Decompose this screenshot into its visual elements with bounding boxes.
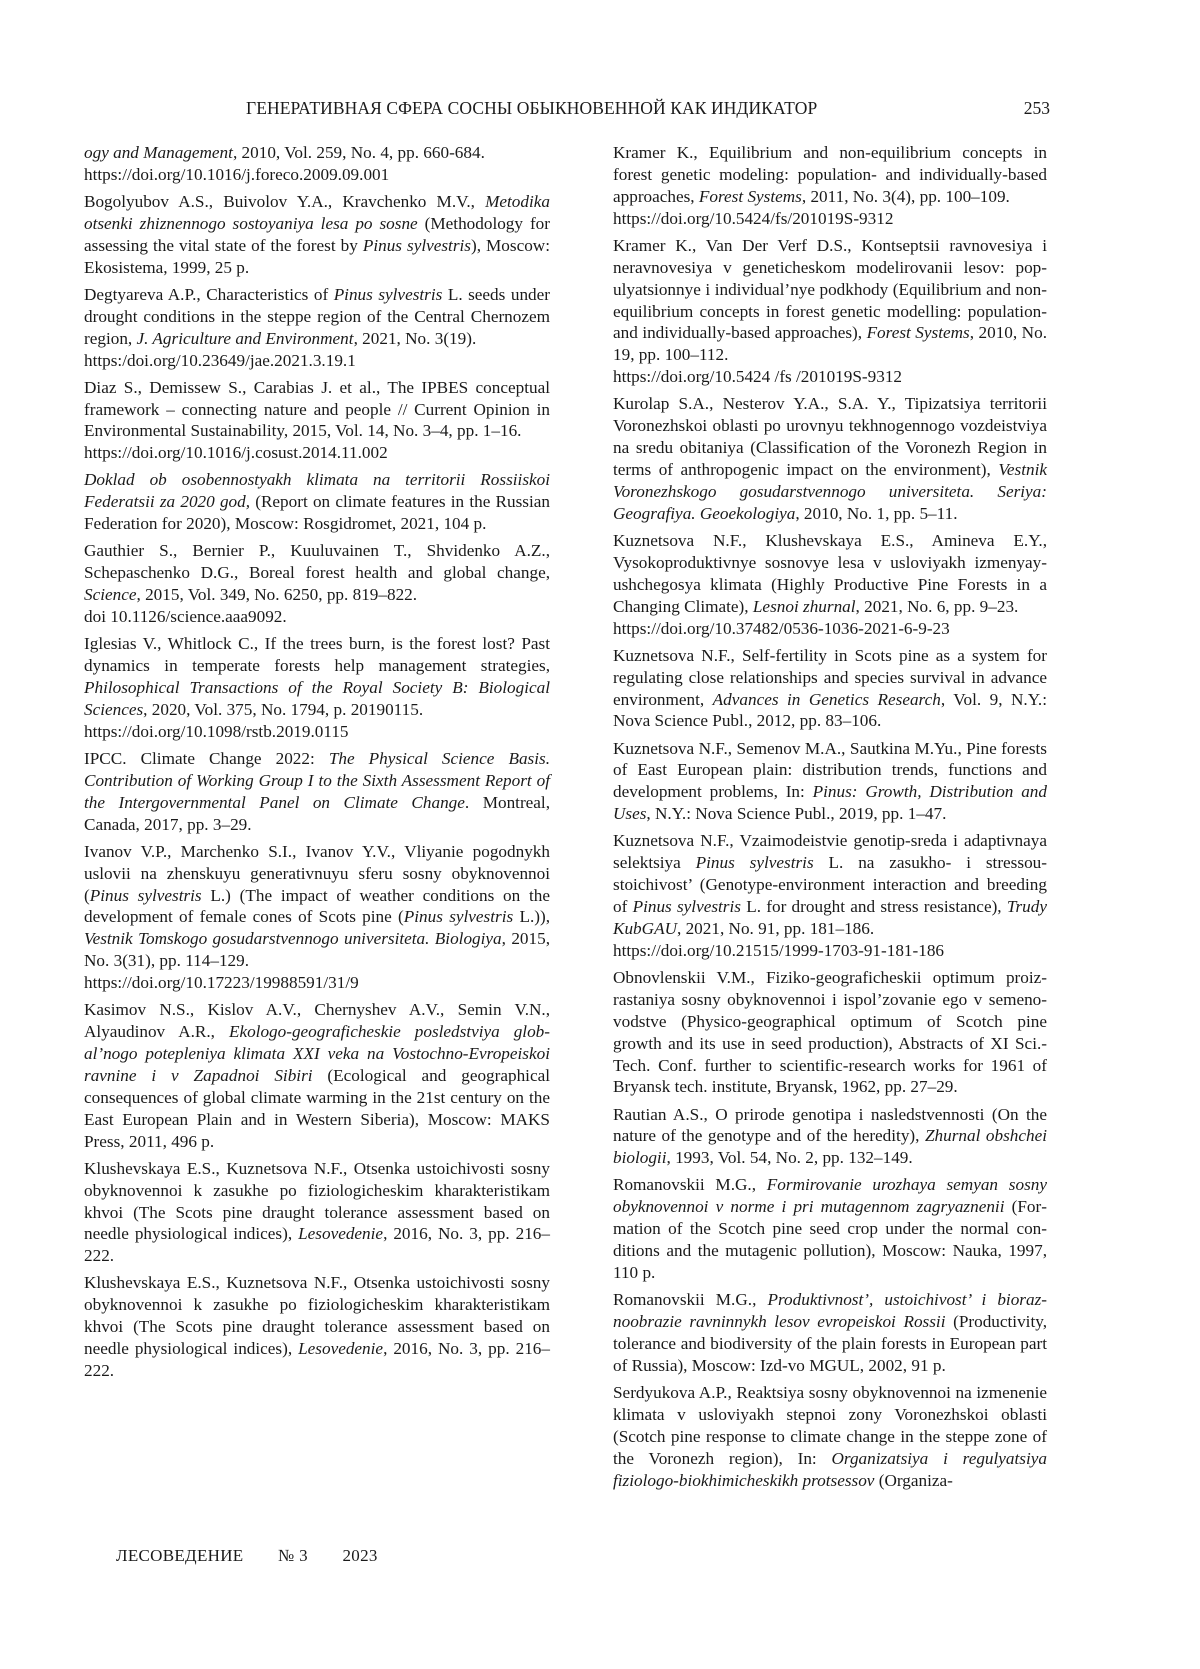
reference-italic-text: Pinus sylvestris xyxy=(90,886,202,905)
reference-entry: Kurolap S.A., Nesterov Y.A., S.A. Y., Ti… xyxy=(613,393,1047,524)
reference-italic-text: Pinus sylvestris xyxy=(633,897,741,916)
reference-text: Romanovskii M.G., xyxy=(613,1175,767,1194)
page-number: 253 xyxy=(1024,98,1050,119)
reference-text: , 1993, Vol. 54, No. 2, pp. 132–149. xyxy=(666,1148,912,1167)
reference-text: (Organiza- xyxy=(874,1471,952,1490)
references-left-column: ogy and Management, 2010, Vol. 259, No. … xyxy=(84,142,550,1387)
reference-text: Obnovlenskii V.M., Fiziko-geograficheski… xyxy=(613,968,1047,1097)
reference-entry: Kasimov N.S., Kislov A.V., Chernyshev A.… xyxy=(84,999,550,1152)
reference-doi-link[interactable]: https://doi.org/10.5424/fs/201019S-9312 xyxy=(613,208,1047,230)
reference-italic-text: ogy and Management xyxy=(84,143,233,162)
reference-entry: Klushevskaya E.S., Kuznetsova N.F., Otse… xyxy=(84,1272,550,1382)
reference-doi-link[interactable]: https://doi.org/10.5424 /fs /201019S-931… xyxy=(613,366,1047,388)
reference-italic-text: Pinus sylvestris xyxy=(404,907,513,926)
reference-italic-text: Forest Sys­tems xyxy=(867,323,970,342)
reference-entry: Kuznetsova N.F., Self-fertility in Scots… xyxy=(613,645,1047,733)
reference-entry: Diaz S., Demissew S., Carabias J. et al.… xyxy=(84,377,550,465)
reference-italic-text: Lesovedenie xyxy=(298,1224,383,1243)
reference-italic-text: Advances in Genetics Research xyxy=(713,690,941,709)
reference-entry: Romanovskii M.G., Produktivnost’, ustoic… xyxy=(613,1289,1047,1377)
reference-entry: Bogolyubov A.S., Buivolov Y.A., Kravchen… xyxy=(84,191,550,279)
reference-doi-link[interactable]: https://doi.org/10.1098/rstb.2019.0115 xyxy=(84,721,550,743)
reference-doi-link[interactable]: https:/doi.org/10.23649/jae.2021.3.19.1 xyxy=(84,350,550,372)
reference-italic-text: Lesnoi zhurnal xyxy=(753,597,856,616)
reference-doi-link[interactable]: https://doi.org/10.37482/0536-1036-2021-… xyxy=(613,618,1047,640)
references-right-column: Kramer K., Equilibrium and non-equilibri… xyxy=(613,142,1047,1497)
reference-entry: Kramer K., Van Der Verf D.S., Kontseptsi… xyxy=(613,235,1047,388)
reference-entry: ogy and Management, 2010, Vol. 259, No. … xyxy=(84,142,550,186)
reference-entry: Kuznetsova N.F., Klushevskaya E.S., Amin… xyxy=(613,530,1047,640)
footer-journal-name: ЛЕСОВЕДЕНИЕ xyxy=(116,1546,243,1566)
reference-doi-link[interactable]: https://doi.org/10.21515/1999-1703-91-18… xyxy=(613,940,1047,962)
footer-year: 2023 xyxy=(342,1546,377,1566)
reference-text: , 2010, No. 1, pp. 5–11. xyxy=(795,504,957,523)
reference-text: IPCC. Climate Change 2022: xyxy=(84,749,329,768)
reference-entry: Klushevskaya E.S., Kuznetsova N.F., Otse… xyxy=(84,1158,550,1268)
reference-italic-text: J. Agriculture and Environment xyxy=(137,329,354,348)
reference-entry: Obnovlenskii V.M., Fiziko-geograficheski… xyxy=(613,967,1047,1098)
reference-text: Diaz S., Demissew S., Carabias J. et al.… xyxy=(84,378,550,441)
reference-doi-link[interactable]: doi 10.1126/science.aaa9092. xyxy=(84,606,550,628)
reference-doi-link[interactable]: https://doi.org/10.1016/j.cosust.2014.11… xyxy=(84,442,550,464)
reference-italic-text: Lesovedenie xyxy=(298,1339,383,1358)
reference-doi-link[interactable]: https://doi.org/10.17223/19988591/31/9 xyxy=(84,972,550,994)
reference-entry: Serdyukova A.P., Reaktsiya sosny obyknov… xyxy=(613,1382,1047,1492)
reference-text: , 2021, No. 91, pp. 181–186. xyxy=(677,919,874,938)
reference-text: , 2021, No. 3(19). xyxy=(354,329,477,348)
reference-text: , 2011, No. 3(4), pp. 100–109. xyxy=(802,187,1010,206)
reference-text: Kurolap S.A., Nesterov Y.A., S.A. Y., Ti… xyxy=(613,394,1047,479)
reference-entry: Kuznetsova N.F., Semenov M.A., Sautkina … xyxy=(613,738,1047,826)
reference-italic-text: Forest Systems xyxy=(699,187,802,206)
reference-italic-text: Vestnik Tomskogo gosudarstvennogo univer… xyxy=(84,929,502,948)
reference-text: , 2021, No. 6, pp. 9–23. xyxy=(856,597,1019,616)
reference-entry: Ivanov V.P., Marchenko S.I., Ivanov Y.V.… xyxy=(84,841,550,994)
reference-text: , 2010, Vol. 259, No. 4, pp. 660-684. xyxy=(233,143,485,162)
reference-text: Iglesias V., Whitlock C., If the trees b… xyxy=(84,634,550,675)
reference-entry: Degtyareva A.P., Characteristics of Pinu… xyxy=(84,284,550,372)
reference-entry: Kramer K., Equilibrium and non-equilibri… xyxy=(613,142,1047,230)
reference-text: Gauthier S., Bernier P., Kuuluvainen T.,… xyxy=(84,541,550,582)
reference-entry: Kuznetsova N.F., Vzaimodeistvie genotip-… xyxy=(613,830,1047,961)
journal-footer: ЛЕСОВЕДЕНИЕ № 3 2023 xyxy=(116,1546,378,1566)
reference-entry: Romanovskii M.G., Formirovanie urozhaya … xyxy=(613,1174,1047,1284)
reference-italic-text: Science xyxy=(84,585,136,604)
reference-entry: Doklad ob osobennostyakh klimata na terr… xyxy=(84,469,550,535)
reference-entry: Rautian A.S., O prirode genotipa i nasle… xyxy=(613,1104,1047,1170)
reference-italic-text: Pinus sylvestris xyxy=(696,853,814,872)
reference-italic-text: Pinus syl­vestris xyxy=(363,236,471,255)
running-head: ГЕНЕРАТИВНАЯ СФЕРА СОСНЫ ОБЫКНОВЕННОЙ КА… xyxy=(0,98,1200,122)
reference-text: Degtyareva A.P., Characteristics of xyxy=(84,285,334,304)
reference-text: Bogolyubov A.S., Buivolov Y.A., Kravchen… xyxy=(84,192,485,211)
reference-text: , N.Y.: Nova Science Publ., 2019, pp. 1–… xyxy=(646,804,946,823)
reference-text: L. for drought and stress resistance), xyxy=(741,897,1007,916)
reference-text: , 2015, Vol. 349, No. 6250, pp. 819–822. xyxy=(136,585,417,604)
running-title: ГЕНЕРАТИВНАЯ СФЕРА СОСНЫ ОБЫКНОВЕННОЙ КА… xyxy=(246,98,817,119)
reference-entry: Iglesias V., Whitlock C., If the trees b… xyxy=(84,633,550,743)
reference-doi-link[interactable]: https://doi.org/10.1016/j.foreco.2009.09… xyxy=(84,164,550,186)
reference-italic-text: Pinus sylvestris xyxy=(334,285,443,304)
reference-text: Romanovskii M.G., xyxy=(613,1290,767,1309)
reference-text: , 2020, Vol. 375, No. 1794, p. 20190115. xyxy=(143,700,423,719)
reference-entry: IPCC. Climate Change 2022: The Physical … xyxy=(84,748,550,836)
reference-text: L.)), xyxy=(513,907,550,926)
footer-issue: № 3 xyxy=(278,1546,308,1566)
reference-entry: Gauthier S., Bernier P., Kuuluvainen T.,… xyxy=(84,540,550,628)
